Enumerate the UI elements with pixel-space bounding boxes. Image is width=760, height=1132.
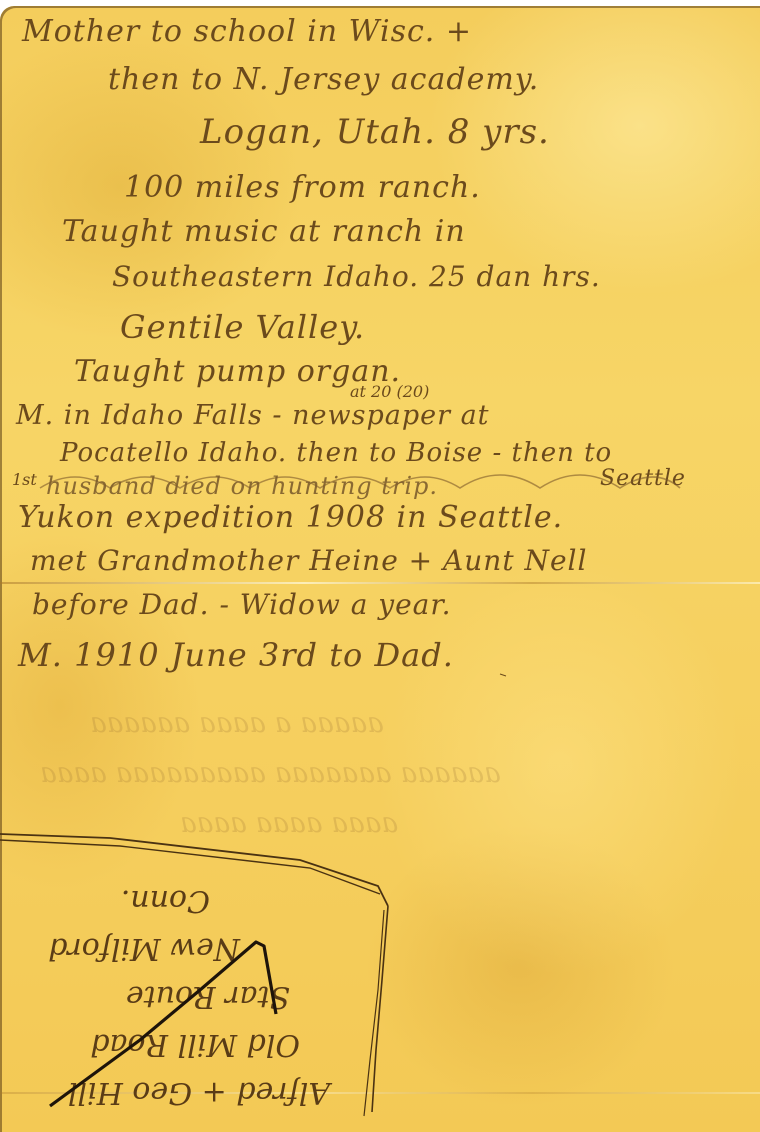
frame-side-line-icon — [372, 906, 388, 1112]
pencil-marks — [0, 0, 760, 1132]
frame-top-line-icon — [0, 834, 388, 906]
scallop-underline-icon — [40, 475, 680, 488]
checkmark-stroke-icon — [50, 942, 276, 1106]
scanned-page: aaaaa a aaaa aaaaaa aaaaaa aaaaaaa aaaaa… — [0, 0, 760, 1132]
